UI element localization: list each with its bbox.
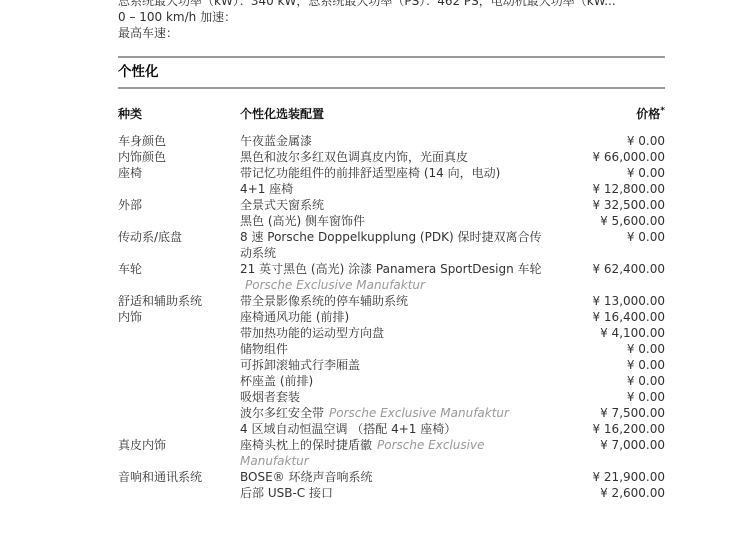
row-option: 带记忆功能组件的前排舒适型座椅 (14 向，电动) [240, 165, 553, 181]
table-row: 4 区域自动恒温空调 （搭配 4+1 座椅） ¥ 16,200.00 [118, 421, 665, 437]
column-header-price: 价格* [553, 106, 665, 122]
row-price: ¥ 21,900.00 [553, 469, 665, 485]
row-price: ¥ 32,500.00 [553, 197, 665, 213]
row-option-label: 可拆卸滚轴式行李厢盖 [240, 358, 360, 372]
row-option: 吸烟者套装 [240, 389, 553, 405]
row-category: 音响和通讯系统 [118, 469, 240, 485]
row-option: 午夜蓝金属漆 [240, 133, 553, 149]
row-option-label: 8 速 Porsche Doppelkupplung (PDK) 保时捷双离合传… [240, 230, 541, 260]
row-price: ¥ 66,000.00 [553, 149, 665, 165]
table-row: 带加热功能的运动型方向盘 ¥ 4,100.00 [118, 325, 665, 341]
row-option-label: 杯座盖 (前排) [240, 374, 313, 388]
row-exclusive-badge: Porsche Exclusive Manufaktur [245, 278, 425, 292]
table-row: 内饰 座椅通风功能 (前排) ¥ 16,400.00 [118, 309, 665, 325]
row-price: ¥ 5,600.00 [553, 213, 665, 229]
table-row: 真皮内饰 座椅头枕上的保时捷盾徽Porsche Exclusive Manufa… [118, 437, 665, 469]
table-row: 黑色 (高光) 侧车窗饰件 ¥ 5,600.00 [118, 213, 665, 229]
table-row: 座椅 带记忆功能组件的前排舒适型座椅 (14 向，电动) ¥ 0.00 [118, 165, 665, 181]
row-price: ¥ 12,800.00 [553, 181, 665, 197]
row-option: 黑色和波尔多红双色调真皮内饰，光面真皮 [240, 149, 553, 165]
row-option-label: 带记忆功能组件的前排舒适型座椅 (14 向，电动) [240, 166, 500, 180]
section-title: 个性化 [118, 64, 665, 81]
row-option-label: 黑色 (高光) 侧车窗饰件 [240, 214, 365, 228]
table-row: 车轮 21 英寸黑色 (高光) 涂漆 Panamera SportDesign … [118, 261, 665, 293]
row-option: 21 英寸黑色 (高光) 涂漆 Panamera SportDesign 车轮P… [240, 261, 553, 293]
spec-line-acceleration: 0 – 100 km/h 加速： [118, 9, 665, 25]
row-option-label: 后部 USB-C 接口 [240, 486, 333, 500]
row-option: 4+1 座椅 [240, 181, 553, 197]
row-category: 座椅 [118, 165, 240, 181]
row-option: 4 区域自动恒温空调 （搭配 4+1 座椅） [240, 421, 553, 437]
row-option-label: 座椅头枕上的保时捷盾徽 [240, 438, 372, 452]
row-price: ¥ 7,500.00 [553, 405, 665, 421]
row-category: 外部 [118, 197, 240, 213]
table-row: 储物组件 ¥ 0.00 [118, 341, 665, 357]
table-row: 内饰颜色 黑色和波尔多红双色调真皮内饰，光面真皮 ¥ 66,000.00 [118, 149, 665, 165]
price-footnote-mark: * [660, 106, 665, 116]
row-option-label: 21 英寸黑色 (高光) 涂漆 Panamera SportDesign 车轮 [240, 262, 542, 276]
row-category: 传动系/底盘 [118, 229, 240, 245]
document-page: 总系统最大功率（kW）：340 kW，总系统最大功率（PS）：462 PS，电动… [0, 0, 740, 548]
row-option: 座椅通风功能 (前排) [240, 309, 553, 325]
section-divider-bottom [118, 87, 665, 89]
table-row: 传动系/底盘 8 速 Porsche Doppelkupplung (PDK) … [118, 229, 665, 261]
column-header-category: 种类 [118, 106, 240, 122]
row-category: 舒适和辅助系统 [118, 293, 240, 309]
row-option-label: BOSE® 环绕声音响系统 [240, 470, 372, 484]
row-option-label: 4+1 座椅 [240, 182, 293, 196]
table-row: 波尔多红安全带Porsche Exclusive Manufaktur ¥ 7,… [118, 405, 665, 421]
row-option: 黑色 (高光) 侧车窗饰件 [240, 213, 553, 229]
row-price: ¥ 13,000.00 [553, 293, 665, 309]
row-option-label: 储物组件 [240, 342, 288, 356]
row-option-label: 吸烟者套装 [240, 390, 300, 404]
row-category: 真皮内饰 [118, 437, 240, 453]
table-row: 可拆卸滚轴式行李厢盖 ¥ 0.00 [118, 357, 665, 373]
row-price: ¥ 62,400.00 [553, 261, 665, 277]
row-price: ¥ 0.00 [553, 373, 665, 389]
row-option-label: 座椅通风功能 (前排) [240, 310, 349, 324]
row-option-label: 带加热功能的运动型方向盘 [240, 326, 384, 340]
row-price: ¥ 16,200.00 [553, 421, 665, 437]
row-category: 车轮 [118, 261, 240, 277]
row-option-label: 午夜蓝金属漆 [240, 134, 312, 148]
table-row: 舒适和辅助系统 带全景影像系统的停车辅助系统 ¥ 13,000.00 [118, 293, 665, 309]
table-row: 4+1 座椅 ¥ 12,800.00 [118, 181, 665, 197]
row-option-label: 带全景影像系统的停车辅助系统 [240, 294, 408, 308]
row-category: 内饰 [118, 309, 240, 325]
row-price: ¥ 4,100.00 [553, 325, 665, 341]
row-option: 座椅头枕上的保时捷盾徽Porsche Exclusive Manufaktur [240, 437, 553, 469]
table-row: 后部 USB-C 接口 ¥ 2,600.00 [118, 485, 665, 501]
row-price: ¥ 0.00 [553, 341, 665, 357]
row-price: ¥ 0.00 [553, 389, 665, 405]
row-option: 杯座盖 (前排) [240, 373, 553, 389]
row-option: 可拆卸滚轴式行李厢盖 [240, 357, 553, 373]
row-category: 内饰颜色 [118, 149, 240, 165]
options-table: 种类 个性化选装配置 价格* 车身颜色 午夜蓝金属漆 ¥ 0.00 内饰颜色 黑… [118, 106, 665, 501]
row-option-label: 4 区域自动恒温空调 （搭配 4+1 座椅） [240, 422, 456, 436]
row-option: 8 速 Porsche Doppelkupplung (PDK) 保时捷双离合传… [240, 229, 553, 261]
powertrain-specs: 总系统最大功率（kW）：340 kW，总系统最大功率（PS）：462 PS，电动… [118, 0, 665, 41]
row-price: ¥ 0.00 [553, 165, 665, 181]
table-row: 外部 全景式天窗系统 ¥ 32,500.00 [118, 197, 665, 213]
row-option: 带全景影像系统的停车辅助系统 [240, 293, 553, 309]
row-price: ¥ 7,000.00 [553, 437, 665, 453]
column-header-option: 个性化选装配置 [240, 106, 553, 122]
row-category: 车身颜色 [118, 133, 240, 149]
spec-line-top-speed: 最高车速： [118, 25, 665, 41]
row-price: ¥ 2,600.00 [553, 485, 665, 501]
table-header-row: 种类 个性化选装配置 价格* [118, 106, 665, 122]
row-price: ¥ 16,400.00 [553, 309, 665, 325]
row-option-label: 全景式天窗系统 [240, 198, 324, 212]
table-row: 车身颜色 午夜蓝金属漆 ¥ 0.00 [118, 133, 665, 149]
table-row: 吸烟者套装 ¥ 0.00 [118, 389, 665, 405]
section-divider-top [118, 56, 665, 58]
row-exclusive-badge: Porsche Exclusive Manufaktur [329, 406, 509, 420]
row-price: ¥ 0.00 [553, 229, 665, 245]
row-option-label: 波尔多红安全带 [240, 406, 324, 420]
row-option: 带加热功能的运动型方向盘 [240, 325, 553, 341]
table-row: 杯座盖 (前排) ¥ 0.00 [118, 373, 665, 389]
row-option: 后部 USB-C 接口 [240, 485, 553, 501]
row-option: BOSE® 环绕声音响系统 [240, 469, 553, 485]
price-header-label: 价格 [636, 107, 660, 121]
row-option: 全景式天窗系统 [240, 197, 553, 213]
table-body: 车身颜色 午夜蓝金属漆 ¥ 0.00 内饰颜色 黑色和波尔多红双色调真皮内饰，光… [118, 133, 665, 501]
spec-line-max-power: 总系统最大功率（kW）：340 kW，总系统最大功率（PS）：462 PS，电动… [118, 0, 665, 9]
row-option: 波尔多红安全带Porsche Exclusive Manufaktur [240, 405, 553, 421]
document-content: 总系统最大功率（kW）：340 kW，总系统最大功率（PS）：462 PS，电动… [118, 0, 665, 501]
row-option-label: 黑色和波尔多红双色调真皮内饰，光面真皮 [240, 150, 468, 164]
row-price: ¥ 0.00 [553, 133, 665, 149]
table-row: 音响和通讯系统 BOSE® 环绕声音响系统 ¥ 21,900.00 [118, 469, 665, 485]
row-price: ¥ 0.00 [553, 357, 665, 373]
row-option: 储物组件 [240, 341, 553, 357]
